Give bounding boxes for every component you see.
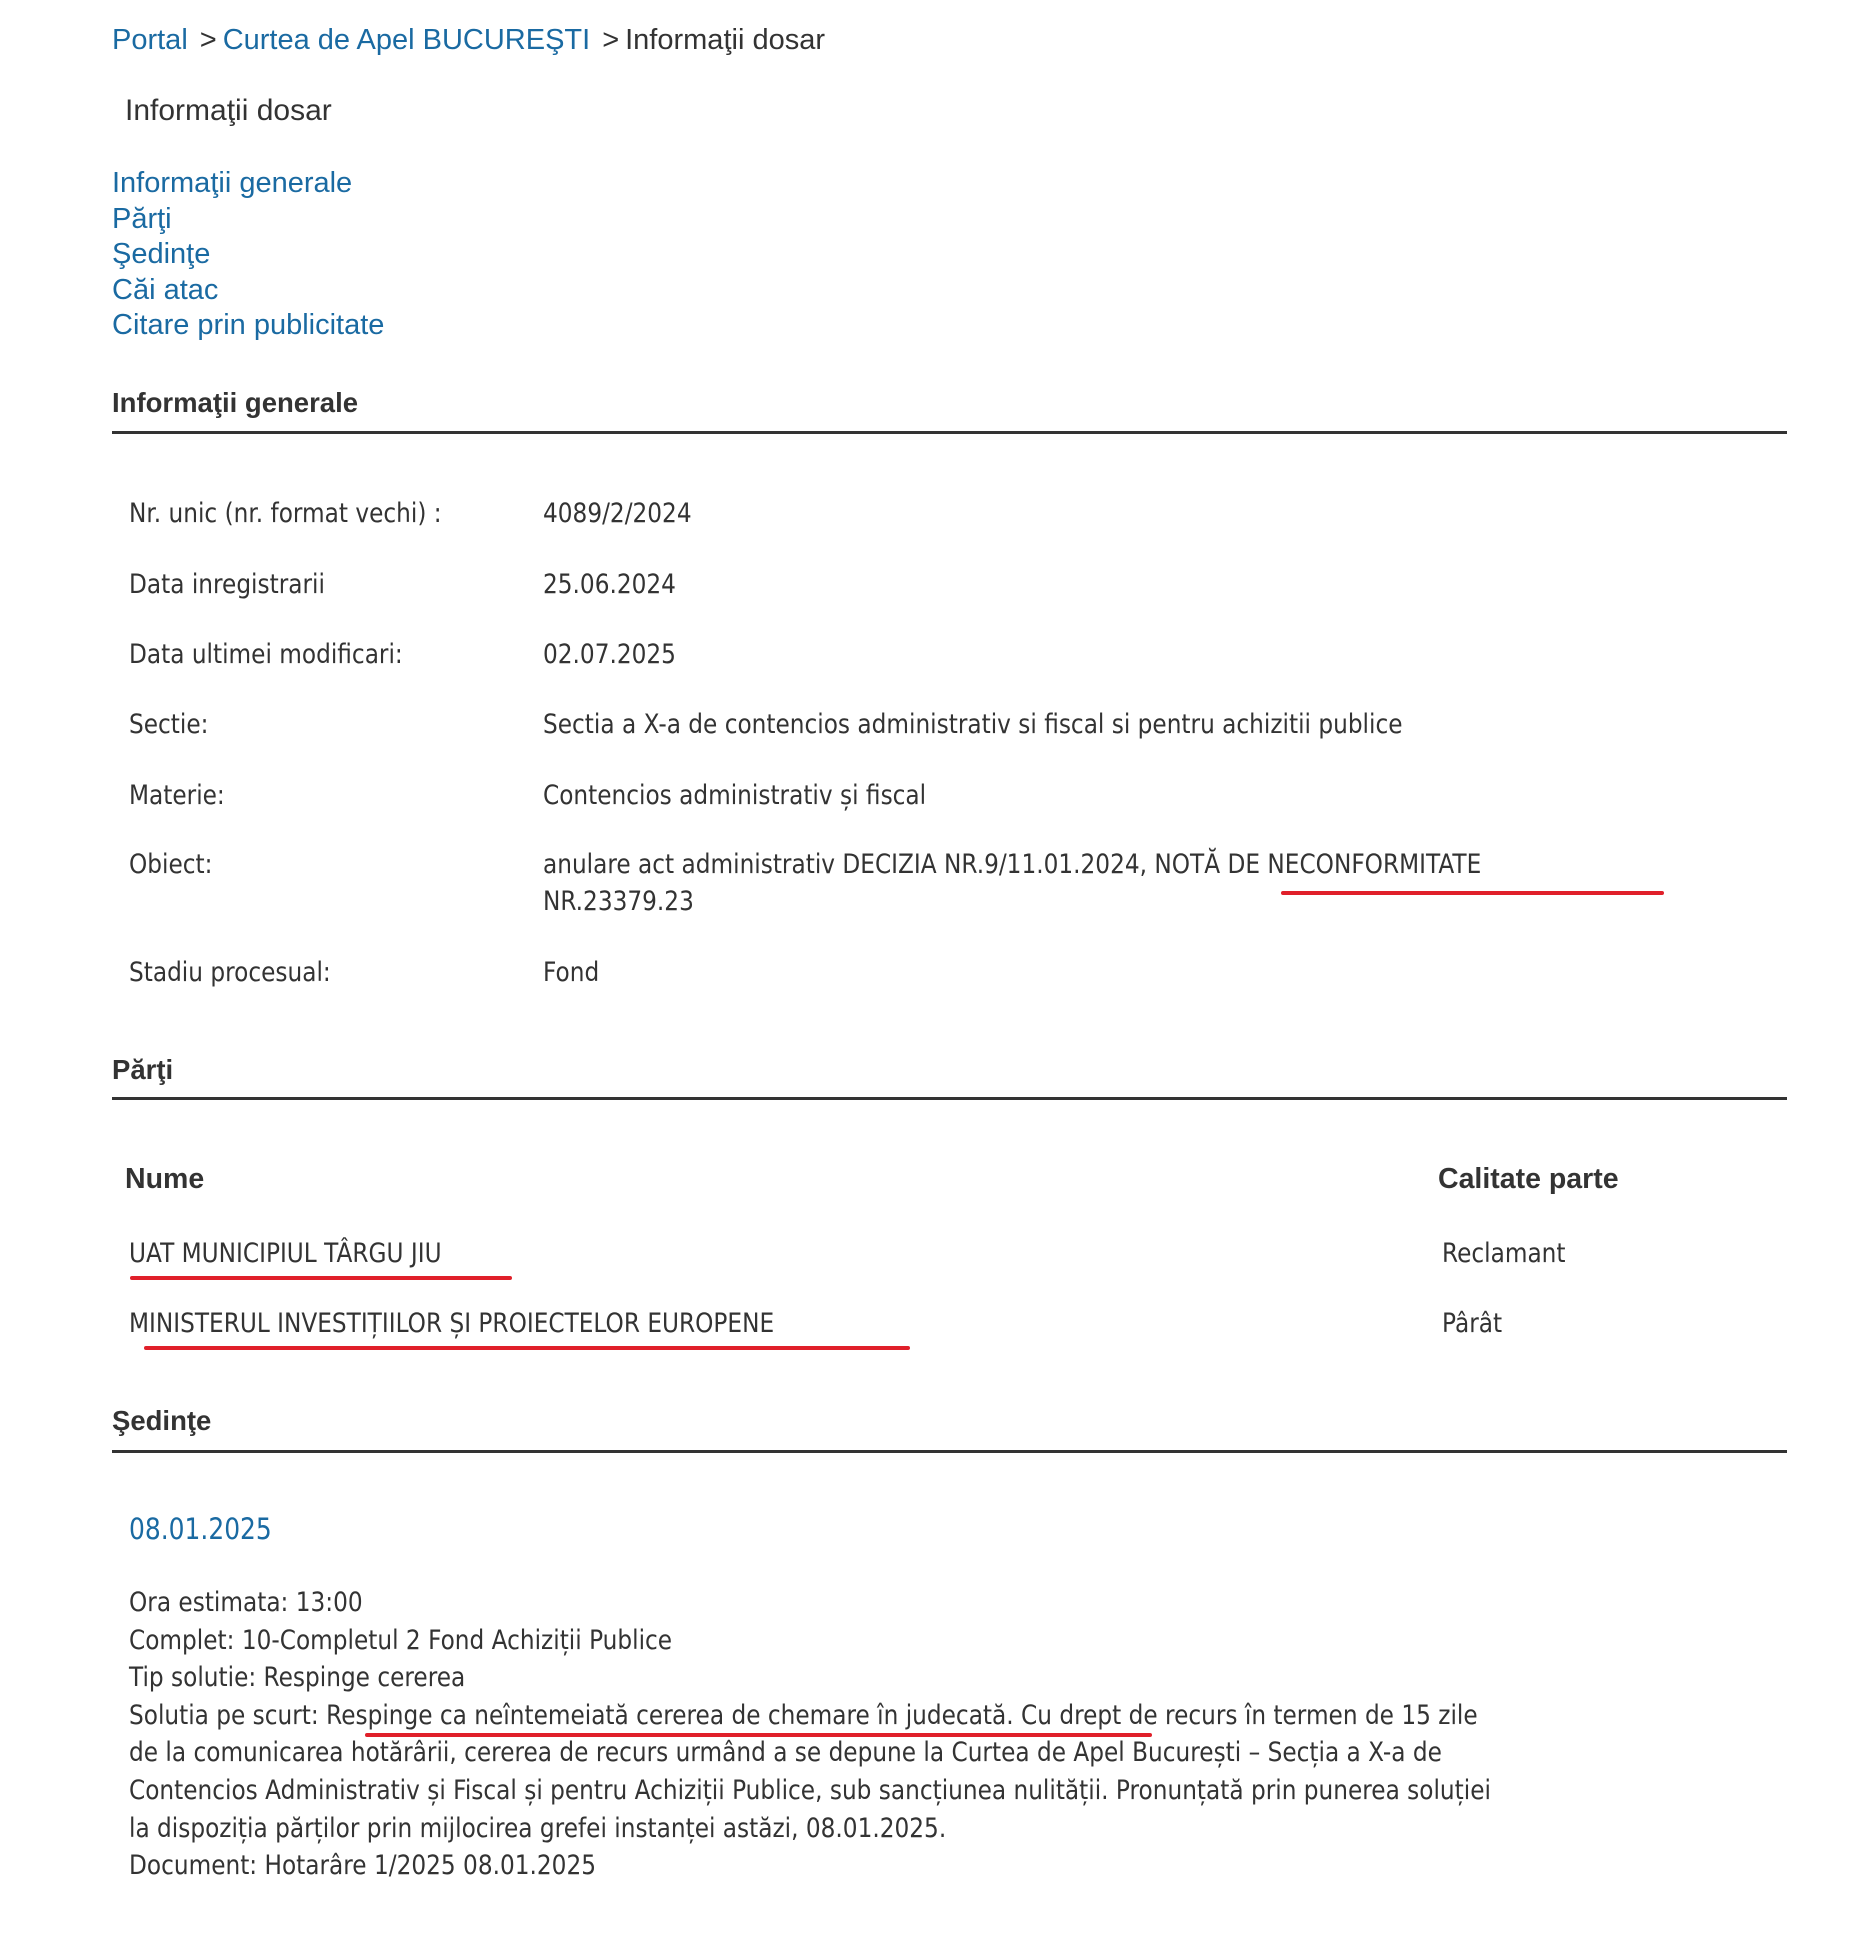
section-title-general-info: Informaţii generale [112,387,358,419]
nav-link-parties[interactable]: Părţi [112,203,172,235]
highlighted-text: Respinge ca neîntemeiată cererea de chem… [326,1700,1006,1731]
info-value-subject-matter: Contencios administrativ și fiscal [543,780,988,811]
annotation-underline [1281,891,1664,895]
party-role: Reclamant [1442,1238,1586,1269]
info-value-case-number: 4089/2/2024 [543,498,716,529]
section-title-hearings: Şedinţe [112,1405,211,1437]
info-value-object-line2: NR.23379.23 [543,886,718,917]
nav-link-hearings[interactable]: Şedinţe [112,238,210,270]
hearing-document: Document: Hotarâre 1/2025 08.01.2025 [129,1847,1491,1885]
breadcrumb: Portal>Curtea de Apel BUCUREŞTI>Informaţ… [112,24,825,57]
annotation-underline [144,1346,910,1350]
section-title-parties: Părţi [112,1054,173,1086]
section-divider [112,1097,1787,1100]
page-title: Informaţii dosar [125,94,332,128]
section-divider [112,1450,1787,1453]
party-role: Pârât [1442,1308,1512,1339]
party-name: MINISTERUL INVESTIȚIILOR ȘI PROIECTELOR … [129,1308,879,1339]
info-label-object: Obiect: [129,849,226,880]
section-divider [112,431,1787,434]
annotation-underline [130,1276,512,1280]
annotation-underline [365,1733,1152,1737]
hearing-date-link[interactable]: 08.01.2025 [129,1512,295,1546]
hearing-solution-summary: Solutia pe scurt: Respinge ca neîntemeia… [129,1697,1491,1735]
highlighted-text: NOTĂ DE NECONFORMITATE [1154,849,1481,880]
info-label-stage: Stadiu procesual: [129,957,364,988]
info-label-last-modified: Data ultimei modificari: [129,639,447,670]
info-label-case-number: Nr. unic (nr. format vechi) : [129,498,493,529]
info-value-stage: Fond [543,957,608,988]
column-header-role: Calitate parte [1438,1163,1619,1196]
nav-link-public-summons[interactable]: Citare prin publicitate [112,309,384,341]
breadcrumb-court-link[interactable]: Curtea de Apel BUCUREŞTI [223,24,590,56]
info-value-section: Sectia a X-a de contencios administrativ… [543,709,1542,740]
party-name: UAT MUNICIPIUL TÂRGU JIU [129,1238,492,1269]
info-value-registration-date: 25.06.2024 [543,569,698,600]
nav-link-appeals[interactable]: Căi atac [112,274,218,306]
hearing-solution-type: Tip solutie: Respinge cererea [129,1659,1491,1697]
breadcrumb-current: Informaţii dosar [625,24,825,56]
info-value-object: anulare act administrativ DECIZIA NR.9/1… [543,849,1634,880]
breadcrumb-portal-link[interactable]: Portal [112,24,188,56]
hearing-time: Ora estimata: 13:00 [129,1584,1491,1622]
section-nav: Informaţii generale Părţi Şedinţe Căi at… [112,166,384,344]
info-value-last-modified: 02.07.2025 [543,639,698,670]
hearing-panel: Complet: 10-Completul 2 Fond Achiziții P… [129,1622,1491,1660]
breadcrumb-separator: > [602,24,619,56]
breadcrumb-separator: > [200,24,217,56]
info-label-registration-date: Data inregistrarii [129,569,357,600]
info-label-section: Sectie: [129,709,221,740]
column-header-name: Nume [125,1163,204,1196]
info-label-subject-matter: Materie: [129,780,240,811]
nav-link-general-info[interactable]: Informaţii generale [112,167,352,199]
